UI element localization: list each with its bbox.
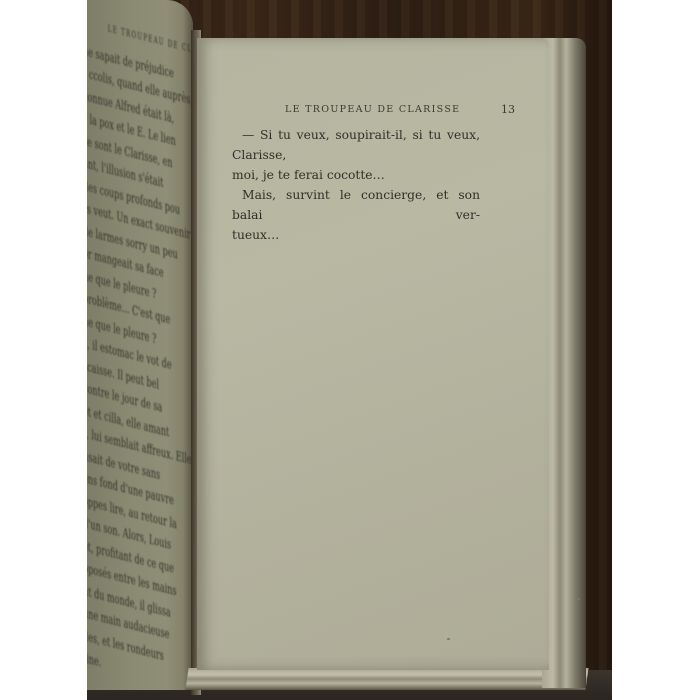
text-line: moi, je te ferai cocotte… (232, 165, 480, 185)
running-title: LE TROUPEAU DE CLARISSE (285, 104, 460, 115)
paper-speck (577, 598, 580, 600)
left-page: LE TROUPEAU DE CLARISSE ne sapait de pré… (87, 0, 193, 690)
page-body: — Si tu veux, soupirait-il, si tu veux, … (232, 125, 480, 245)
left-page-text: LE TROUPEAU DE CLARISSE ne sapait de pré… (87, 12, 193, 690)
text-line: tueux… (232, 225, 480, 245)
text-line: — Si tu veux, soupirait-il, si tu veux, … (232, 125, 480, 165)
text-line: Mais, survint le concierge, et son balai… (232, 185, 480, 225)
page-stack-bottom (185, 668, 588, 690)
paper-speck (447, 638, 450, 640)
page-number: 13 (501, 103, 515, 116)
